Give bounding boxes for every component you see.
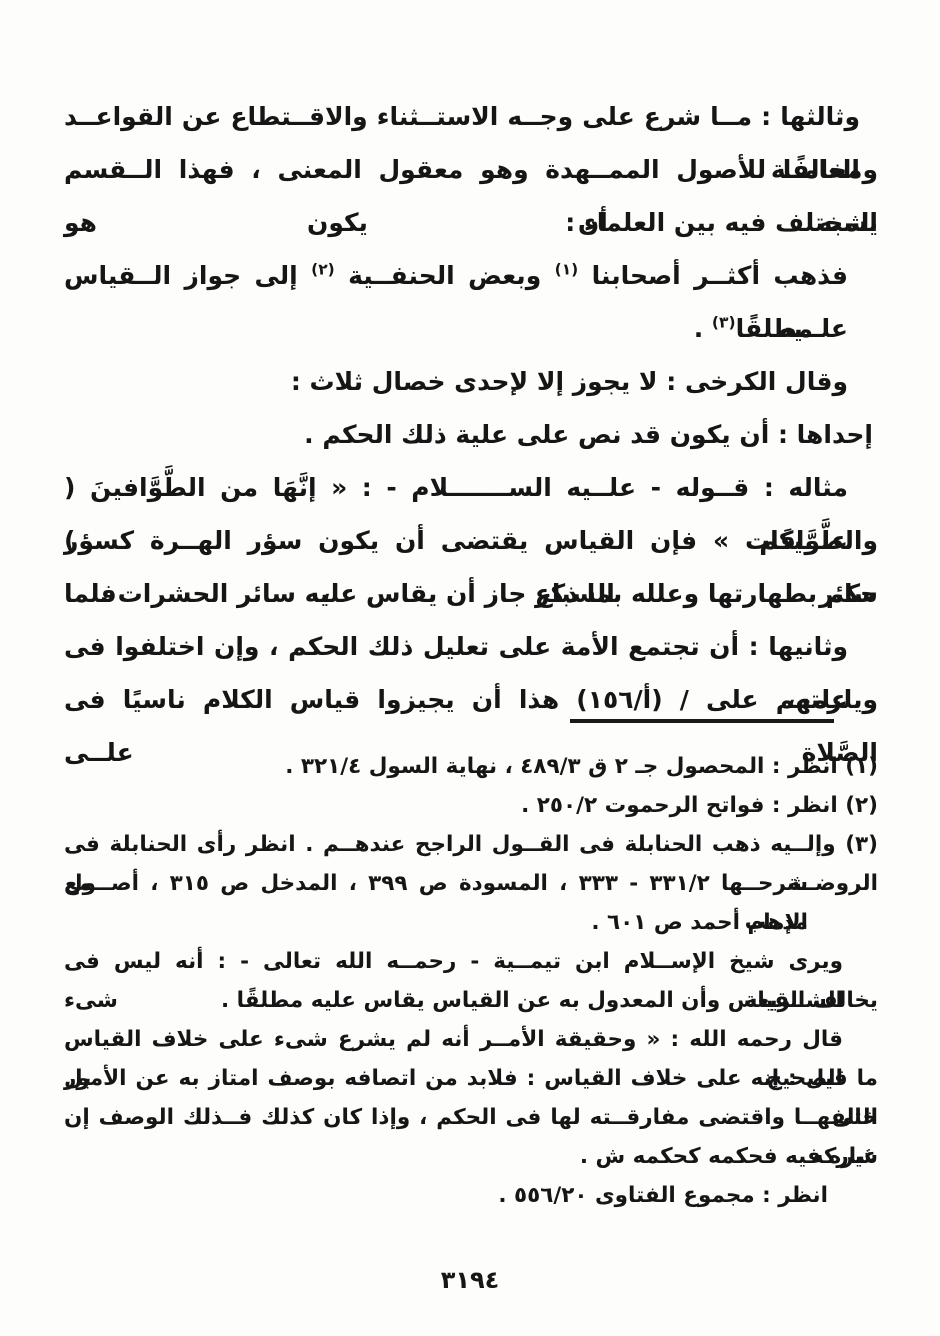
footnote-ref-1: (١) <box>555 261 579 279</box>
footnote-3-line: (٣) وإلــيه ذهب الحنابلة فى القــول الرا… <box>64 825 878 864</box>
footnote-quote-line: غيره فيه فحكمه كحكمه ش . <box>64 1137 878 1176</box>
footnote-ref-2: (٢) <box>311 261 335 279</box>
body-line: إحداها : أن يكون قد نص على علية ذلك الحك… <box>64 408 878 461</box>
body-line: والطَّوَّافَات » فإن القياس يقتضى أن يكو… <box>64 514 878 567</box>
footnote-reference-line: انظر : مجموع الفتاوى ٥٥٦/٢٠ . <box>64 1176 878 1215</box>
body-line: وثالثها : مــا شرع على وجــه الاستــثناء… <box>64 90 878 143</box>
body-line: فذهب أكثــر أصحابنا (١) وبعض الحنفــية (… <box>64 249 878 302</box>
footnote-separator <box>570 719 834 723</box>
body-line: مطلقًا(٣) . <box>64 302 878 355</box>
body-text-segment: فذهب أكثــر أصحابنا <box>578 261 848 290</box>
body-text: وثالثها : مــا شرع على وجــه الاستــثناء… <box>64 90 878 726</box>
body-line: وقال الكرخى : لا يجوز إلا لإحدى خصال ثلا… <box>64 355 878 408</box>
footnote-3-line: الإمام أحمد ص ٦٠١ . <box>64 903 878 942</box>
footnote-1: (١) انظر : المحصول جـ ٢ ق ٤٨٩/٣ ، نهاية … <box>64 747 878 786</box>
footnote-3-line: شرحــها ٣٣١/٢ - ٣٣٣ ، المسودة ص ٣٩٩ ، ال… <box>64 864 878 903</box>
body-text-segment: . <box>694 314 712 343</box>
footnotes: (١) انظر : المحصول جـ ٢ ق ٤٨٩/٣ ، نهاية … <box>64 747 878 1215</box>
footnote-quote-line: ما قيل : إنه على خلاف القياس : فلابد من … <box>64 1059 878 1098</box>
body-line: مثاله : قــوله - علــيه الســـــــلام - … <box>64 461 878 514</box>
footnote-quote-line: خالفهــا واقتضى مفارقــته لها فى الحكم ،… <box>64 1098 878 1137</box>
body-line: وثانيها : أن تجتمع الأمة على تعليل ذلك ا… <box>64 620 878 673</box>
page-number: ٣١٩٤ <box>0 1266 940 1294</box>
footnote-quote-line: قال رحمه الله : « وحقيقة الأمــر أنه لم … <box>64 1020 878 1059</box>
footnote-ref-3: (٣) <box>712 314 736 332</box>
scanned-book-page: وثالثها : مــا شرع على وجــه الاستــثناء… <box>0 0 940 1336</box>
body-line: حكم بطهارتها وعلله بما ذكر جاز أن يقاس ع… <box>64 567 878 620</box>
footnote-paragraph-line: ويرى شيخ الإســلام ابن تيمــية - رحمــه … <box>64 942 878 981</box>
body-text-segment: مطلقًا <box>736 314 813 343</box>
body-text-segment: وبعض الحنفــية <box>335 261 555 290</box>
body-line: ومخالفًا للأصول الممــهدة وهو معقول المع… <box>64 143 878 196</box>
footnote-2: (٢) انظر : فواتح الرحموت ٢٥٠/٢ . <box>64 786 878 825</box>
